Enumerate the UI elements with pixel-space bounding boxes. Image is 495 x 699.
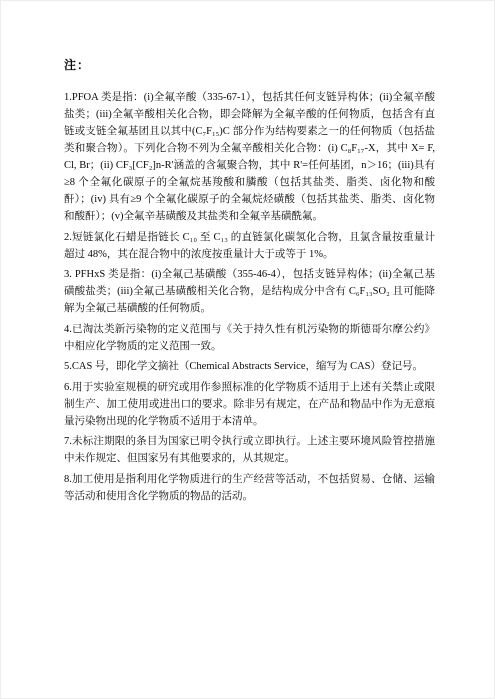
note-paragraph-6: 6.用于实验室规模的研究或用作参照标准的化学物质不适用于上述有关禁止或限制生产、…	[64, 379, 435, 430]
note-paragraph-3: 3. PFHxS 类是指：(i)全氟己基磺酸（355-46-4），包括支链异构体…	[64, 266, 435, 317]
document-page: 注： 1.PFOA 类是指：(i)全氟辛酸（335-67-1），包括其任何支链异…	[0, 0, 495, 699]
note-paragraph-8: 8.加工使用是指利用化学物质进行的生产经营等活动，不包括贸易、仓储、运输等活动和…	[64, 471, 435, 505]
note-paragraph-7: 7.未标注期限的条目为国家已明令执行或立即执行。上述主要环境风险管控措施中未作规…	[64, 433, 435, 467]
note-paragraph-4: 4.已淘汰类新污染物的定义范围与《关于持久性有机污染物的斯德哥尔摩公约》中相应化…	[64, 321, 435, 355]
notes-section: 注： 1.PFOA 类是指：(i)全氟辛酸（335-67-1），包括其任何支链异…	[64, 58, 435, 508]
note-paragraph-5: 5.CAS 号，即化学文摘社（Chemical Abstracts Servic…	[64, 358, 435, 375]
notes-title: 注：	[64, 58, 435, 72]
note-paragraph-2: 2.短链氯化石蜡是指链长 C₁₀ 至 C₁₃ 的直链氯化碳氢化合物，且氯含量按重…	[64, 229, 435, 263]
note-paragraph-1: 1.PFOA 类是指：(i)全氟辛酸（335-67-1），包括其任何支链异构体；…	[64, 89, 435, 225]
